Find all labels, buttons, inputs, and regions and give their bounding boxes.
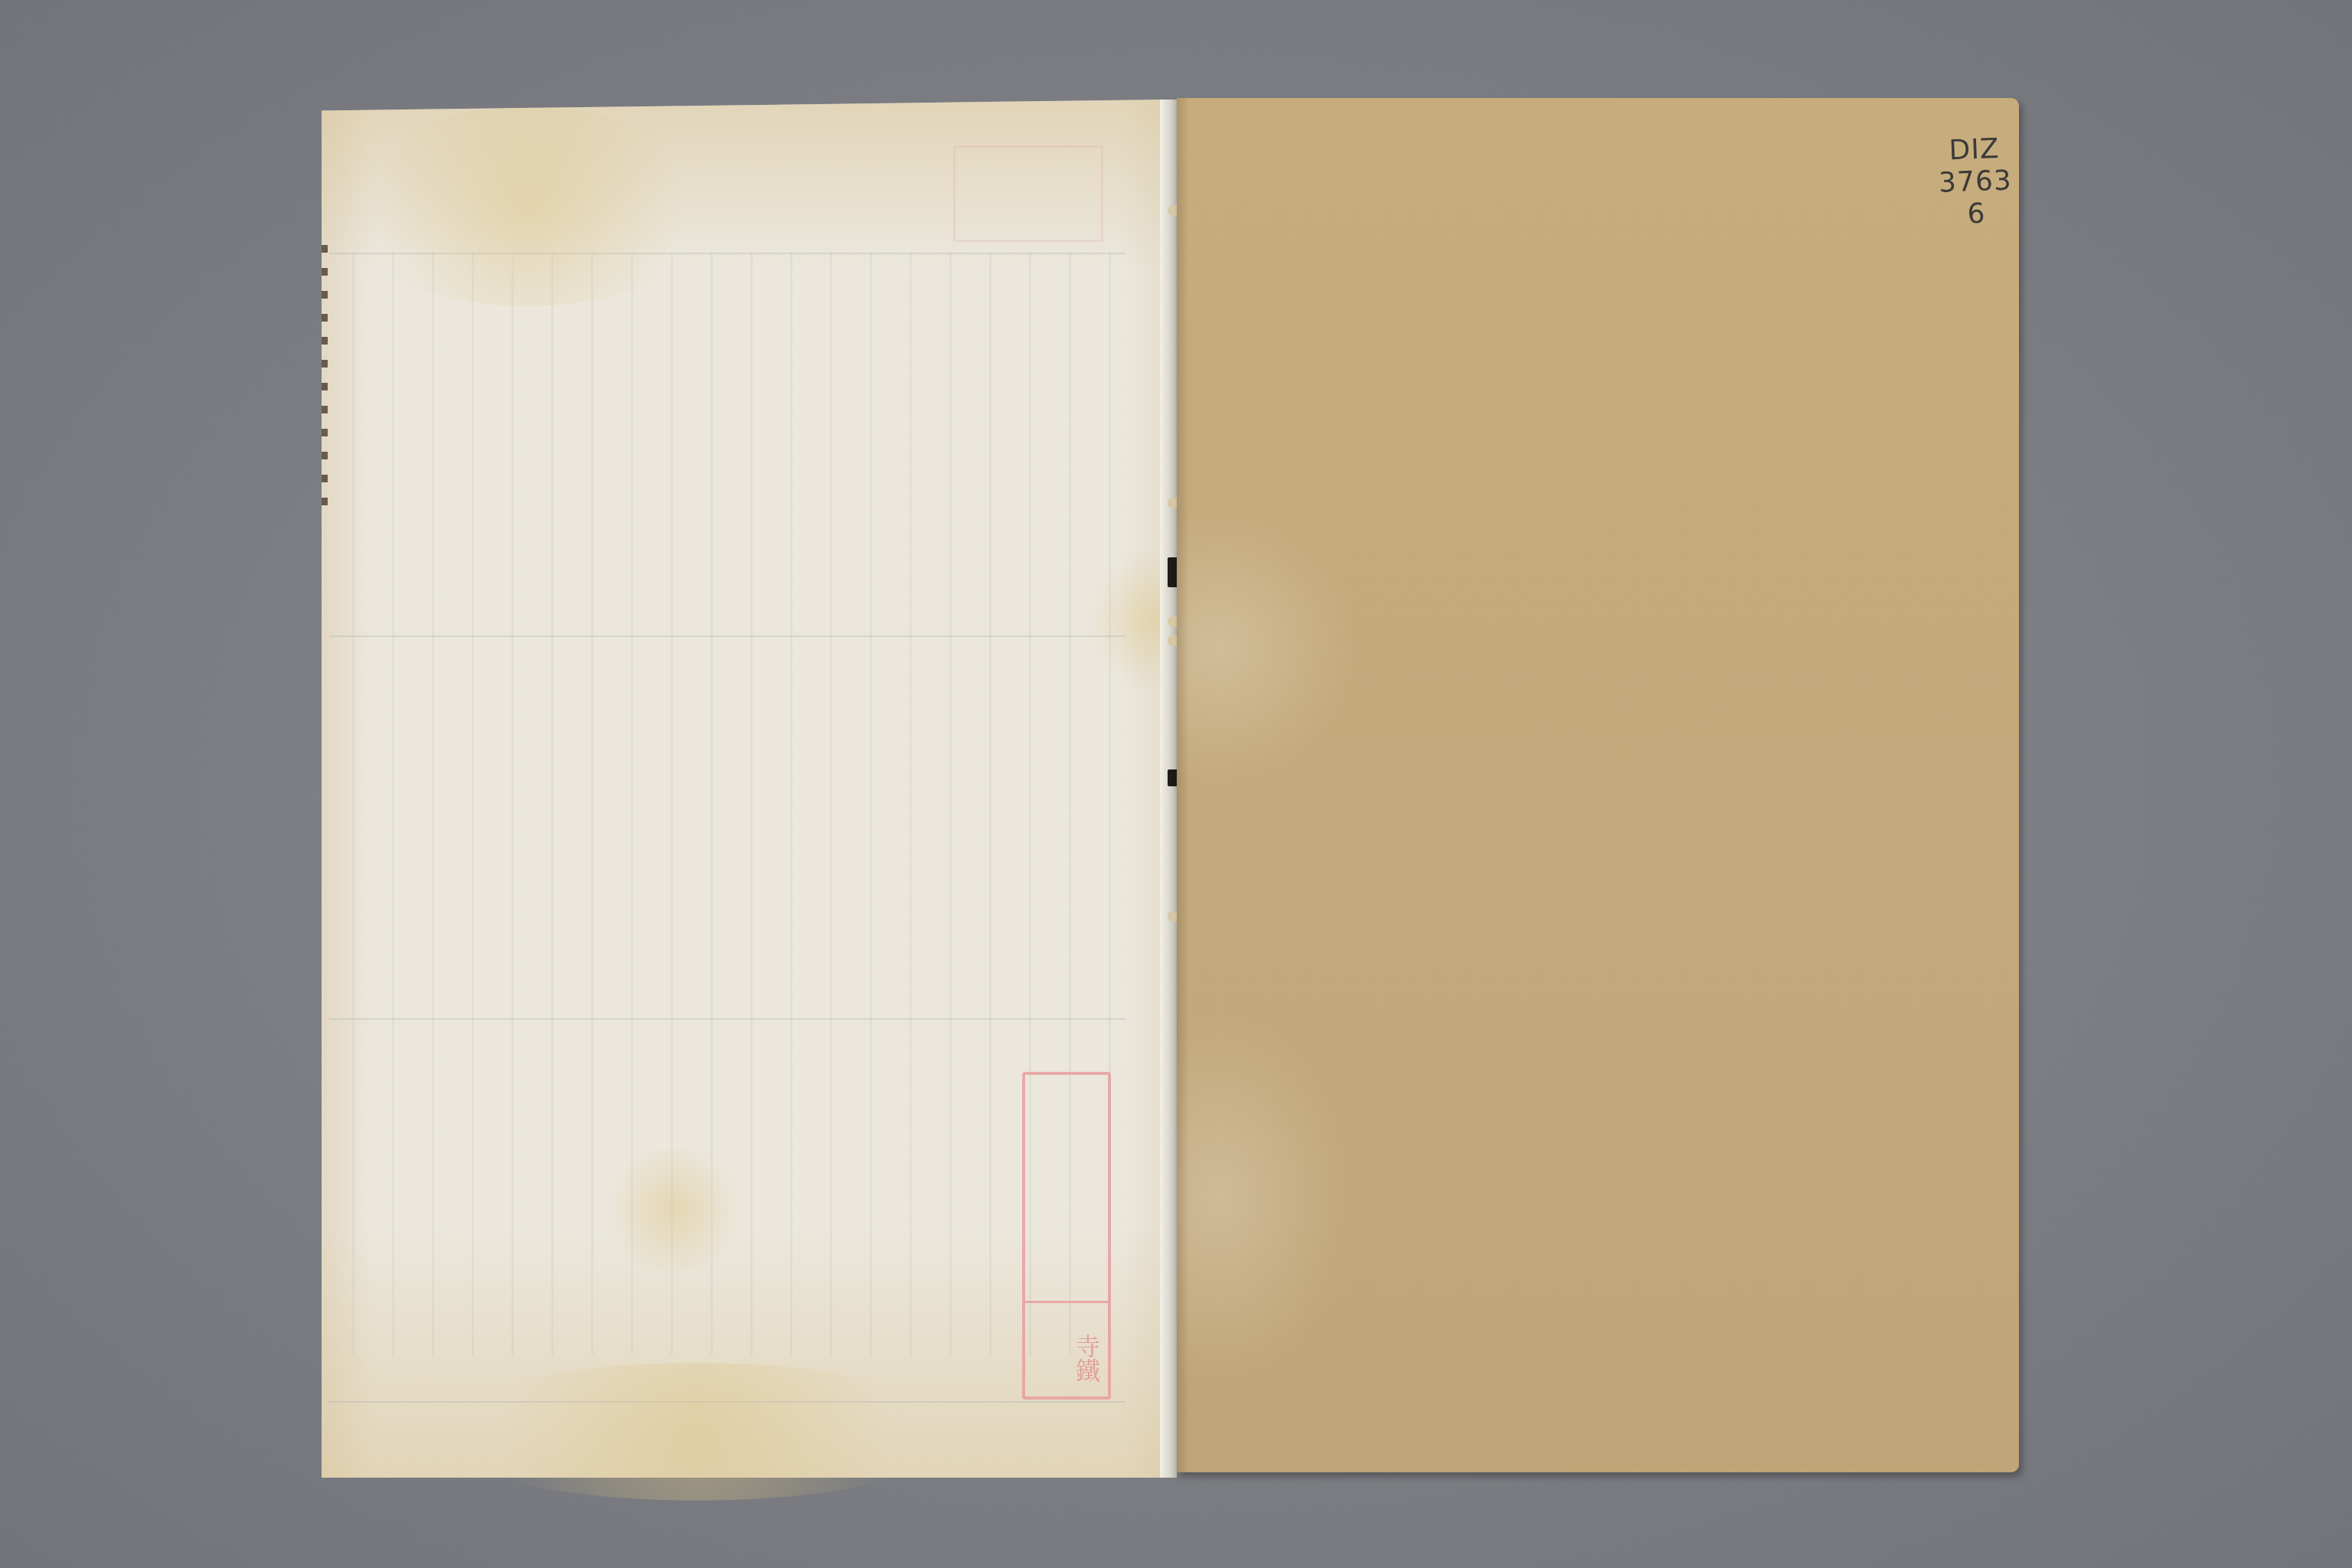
foxing-stain bbox=[597, 1148, 750, 1271]
binding-spine bbox=[1160, 100, 1177, 1478]
catalog-line-1: DIZ bbox=[1932, 132, 2017, 168]
red-seal-stamp: 寺鐵 bbox=[1022, 1072, 1111, 1400]
catalog-line-2: 3763 bbox=[1932, 165, 2017, 200]
ghost-seal-impression bbox=[953, 145, 1103, 242]
page-edge-marks bbox=[322, 245, 328, 521]
foxing-stain bbox=[337, 107, 720, 306]
opened-book: 寺鐵 DIZ 3763 6 bbox=[0, 0, 2352, 1568]
seal-characters: 寺鐵 bbox=[1031, 1328, 1102, 1389]
cover-spine-shadow bbox=[1177, 98, 1189, 1472]
brown-cover bbox=[1177, 98, 2019, 1472]
ghost-rule-line bbox=[329, 635, 1125, 637]
handwritten-catalog-number: DIZ 3763 6 bbox=[1932, 132, 2019, 232]
catalog-line-3: 6 bbox=[1934, 197, 2019, 232]
foxing-stain bbox=[429, 1363, 965, 1501]
ghost-rule-line bbox=[329, 1018, 1125, 1020]
seal-divider bbox=[1025, 1301, 1108, 1303]
